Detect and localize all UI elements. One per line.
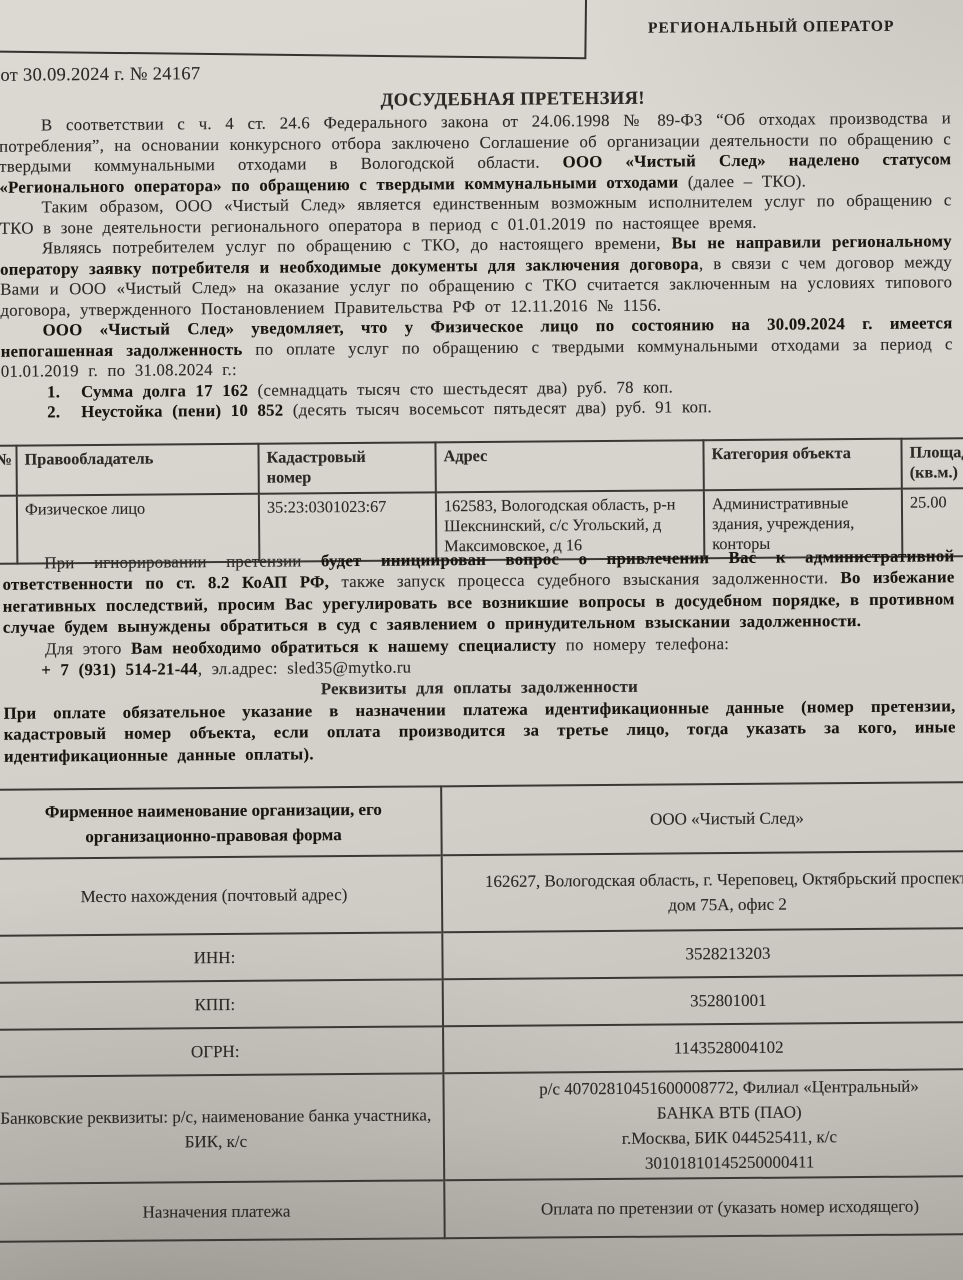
- document-photo: ООО «ЧИСТЫЙ СЛЕД» РЕГИОНАЛЬНЫЙ ОПЕРАТОР …: [0, 0, 963, 1280]
- header-category: Категория объекта: [703, 439, 901, 491]
- ogrn-value: 1143528004102: [443, 1022, 963, 1073]
- body-upper: В соответствии с ч. 4 ст. 24.6 Федеральн…: [0, 108, 953, 423]
- letterhead-box: [0, 0, 588, 59]
- bank-value: р/с 40702810451600008772, Филиал «Центра…: [443, 1069, 963, 1180]
- table-row: ИНН: 3528213203: [0, 928, 963, 983]
- header-number: №: [0, 446, 17, 496]
- ref-number-line: . от 30.09.2024 г. № 24167: [0, 64, 201, 87]
- penalty-item-number: 2.: [47, 402, 81, 423]
- kpp-label: КПП:: [0, 979, 443, 1030]
- inn-label: ИНН:: [0, 932, 443, 983]
- regional-operator-label: РЕГИОНАЛЬНЫЙ ОПЕРАТОР: [631, 18, 911, 38]
- objects-table-header-row: № Правообладатель Кадастровый номер Адре…: [0, 438, 963, 496]
- kpp-value: 352801001: [443, 975, 963, 1026]
- purpose-value: Оплата по претензии от (указать номер ис…: [444, 1176, 963, 1238]
- bank-label: Банковские реквизиты: р/с, наименование …: [0, 1073, 444, 1184]
- body-lower: При игнорировании претензии будет иниции…: [2, 545, 956, 767]
- paragraph-no-contract: Являясь потребителем услуг по обращению …: [0, 231, 952, 320]
- address-value: 162627, Вологодская область, г. Черепове…: [442, 851, 963, 932]
- paragraph-consequences: При игнорировании претензии будет иниции…: [2, 545, 955, 638]
- header-cadastral: Кадастровый номер: [258, 442, 435, 493]
- address-label: Место нахождения (почтовый адрес): [0, 855, 442, 936]
- purpose-label: Назначения платежа: [0, 1180, 445, 1242]
- ogrn-label: ОГРН:: [0, 1026, 443, 1077]
- header-address: Адрес: [435, 440, 703, 492]
- table-row: КПП: 352801001: [0, 975, 963, 1030]
- requisites-table: Фирменное наименование организации, его …: [0, 781, 963, 1243]
- paragraph-debt-notice: ООО «Чистый След» уведомляет, что у Физи…: [0, 313, 952, 382]
- org-name-value: ООО «Чистый След»: [441, 782, 963, 855]
- org-name-cut: ООО «ЧИСТЫЙ СЛЕД»: [623, 0, 910, 3]
- table-row: Назначения платежа Оплата по претензии о…: [0, 1176, 963, 1242]
- document-sheet: ООО «ЧИСТЫЙ СЛЕД» РЕГИОНАЛЬНЫЙ ОПЕРАТОР …: [0, 0, 963, 1280]
- paragraph-payment-note: При оплате обязательное указание в назна…: [3, 695, 955, 767]
- table-row: Фирменное наименование организации, его …: [0, 782, 963, 859]
- paragraph-law-basis: В соответствии с ч. 4 ст. 24.6 Федеральн…: [0, 108, 951, 197]
- header-owner: Правообладатель: [16, 444, 258, 496]
- debt-item-number: 1.: [47, 382, 81, 403]
- table-row: ОГРН: 1143528004102: [0, 1022, 963, 1077]
- header-area: Площадь (кв.м.): [901, 438, 963, 489]
- org-name-label: Фирменное наименование организации, его …: [0, 786, 442, 859]
- table-row: Банковские реквизиты: р/с, наименование …: [0, 1069, 963, 1184]
- table-row: Место нахождения (почтовый адрес) 162627…: [0, 851, 963, 936]
- inn-value: 3528213203: [442, 928, 963, 979]
